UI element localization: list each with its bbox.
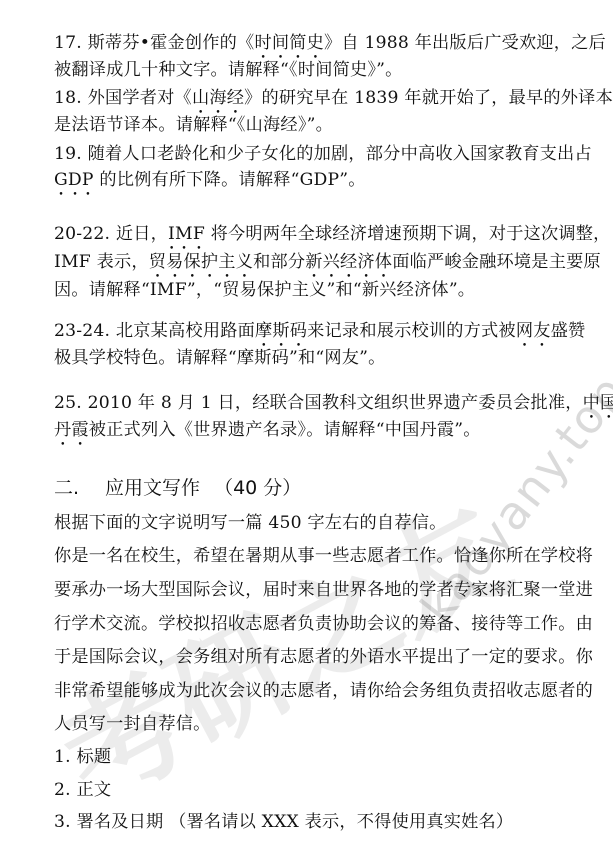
requirement-3: 3. 署名及日期 （署名请以 XXX 表示，不得使用真实姓名）	[54, 812, 564, 832]
section-title: 应用文写作	[105, 477, 200, 499]
question-20-22-line-3: 因。请解释“IMF”，“贸易保护主义”和“新兴经济体”。	[54, 280, 564, 300]
question-18-line-1: 18. 外国学者对《山海经》的研究早在 1839 年就开始了，最早的外译本	[54, 88, 564, 118]
paragraph-line-4: 于是国际会议，会务组对所有志愿者的外语水平提出了一定的要求。你	[54, 647, 564, 667]
question-23-24-line-1: 23-24. 北京某高校用路面摩斯码来记录和展示校训的方式被网友盛赞	[54, 321, 564, 351]
question-17-line-1: 17. 斯蒂芬•霍金创作的《时间简史》自 1988 年出版后广受欢迎，之后	[54, 33, 564, 63]
paragraph-line-3: 行学术交流。学校拟招收志愿者负责协助会议的筹备、接待等工作。由	[54, 614, 564, 634]
question-25-line-2: 丹霞被正式列入《世界遗产名录》。请解释“中国丹霞”。	[54, 420, 564, 450]
section-points: （40 分）	[214, 477, 301, 499]
paragraph-line-2: 要承办一场大型国际会议，届时来自世界各地的学者专家将汇聚一堂进	[54, 580, 564, 600]
paragraph-line-6: 人员写一封自荐信。	[54, 714, 564, 734]
requirement-2: 2. 正文	[54, 780, 564, 800]
question-19-line-2: GDP 的比例有所下降。请解释“GDP”。	[54, 170, 564, 200]
section-2-heading: 二.应用文写作（40 分）	[54, 476, 301, 500]
section-number: 二.	[54, 477, 79, 499]
section-2-intro: 根据下面的文字说明写一篇 450 字左右的自荐信。	[54, 513, 564, 533]
document-page: 考研之友 kaoyany.top 17. 斯蒂芬•霍金创作的《时间简史》自 19…	[0, 0, 613, 843]
paragraph-line-1: 你是一名在校生，希望在暑期从事一些志愿者工作。恰逢你所在学校将	[54, 546, 564, 566]
question-20-22-line-1: 20-22. 近日，IMF 将今明两年全球经济增速预期下调，对于这次调整，	[54, 224, 564, 254]
question-23-24-line-2: 极具学校特色。请解释“摩斯码”和“网友”。	[54, 348, 564, 368]
question-17-line-2: 被翻译成几十种文字。请解释“《时间简史》”。	[54, 60, 564, 80]
question-18-line-2: 是法语节译本。请解释“《山海经》”。	[54, 115, 564, 135]
question-19-line-1: 19. 随着人口老龄化和少子女化的加剧，部分中高收入国家教育支出占	[54, 144, 564, 164]
question-20-22-line-2: IMF 表示，贸易保护主义和部分新兴经济体面临严峻金融环境是主要原	[54, 252, 564, 282]
requirement-1: 1. 标题	[54, 747, 564, 767]
question-25-line-1: 25. 2010 年 8 月 1 日，经联合国教科文组织世界遗产委员会批准，中国	[54, 393, 564, 423]
paragraph-line-5: 非常希望能够成为此次会议的志愿者，请你给会务组负责招收志愿者的	[54, 681, 564, 701]
